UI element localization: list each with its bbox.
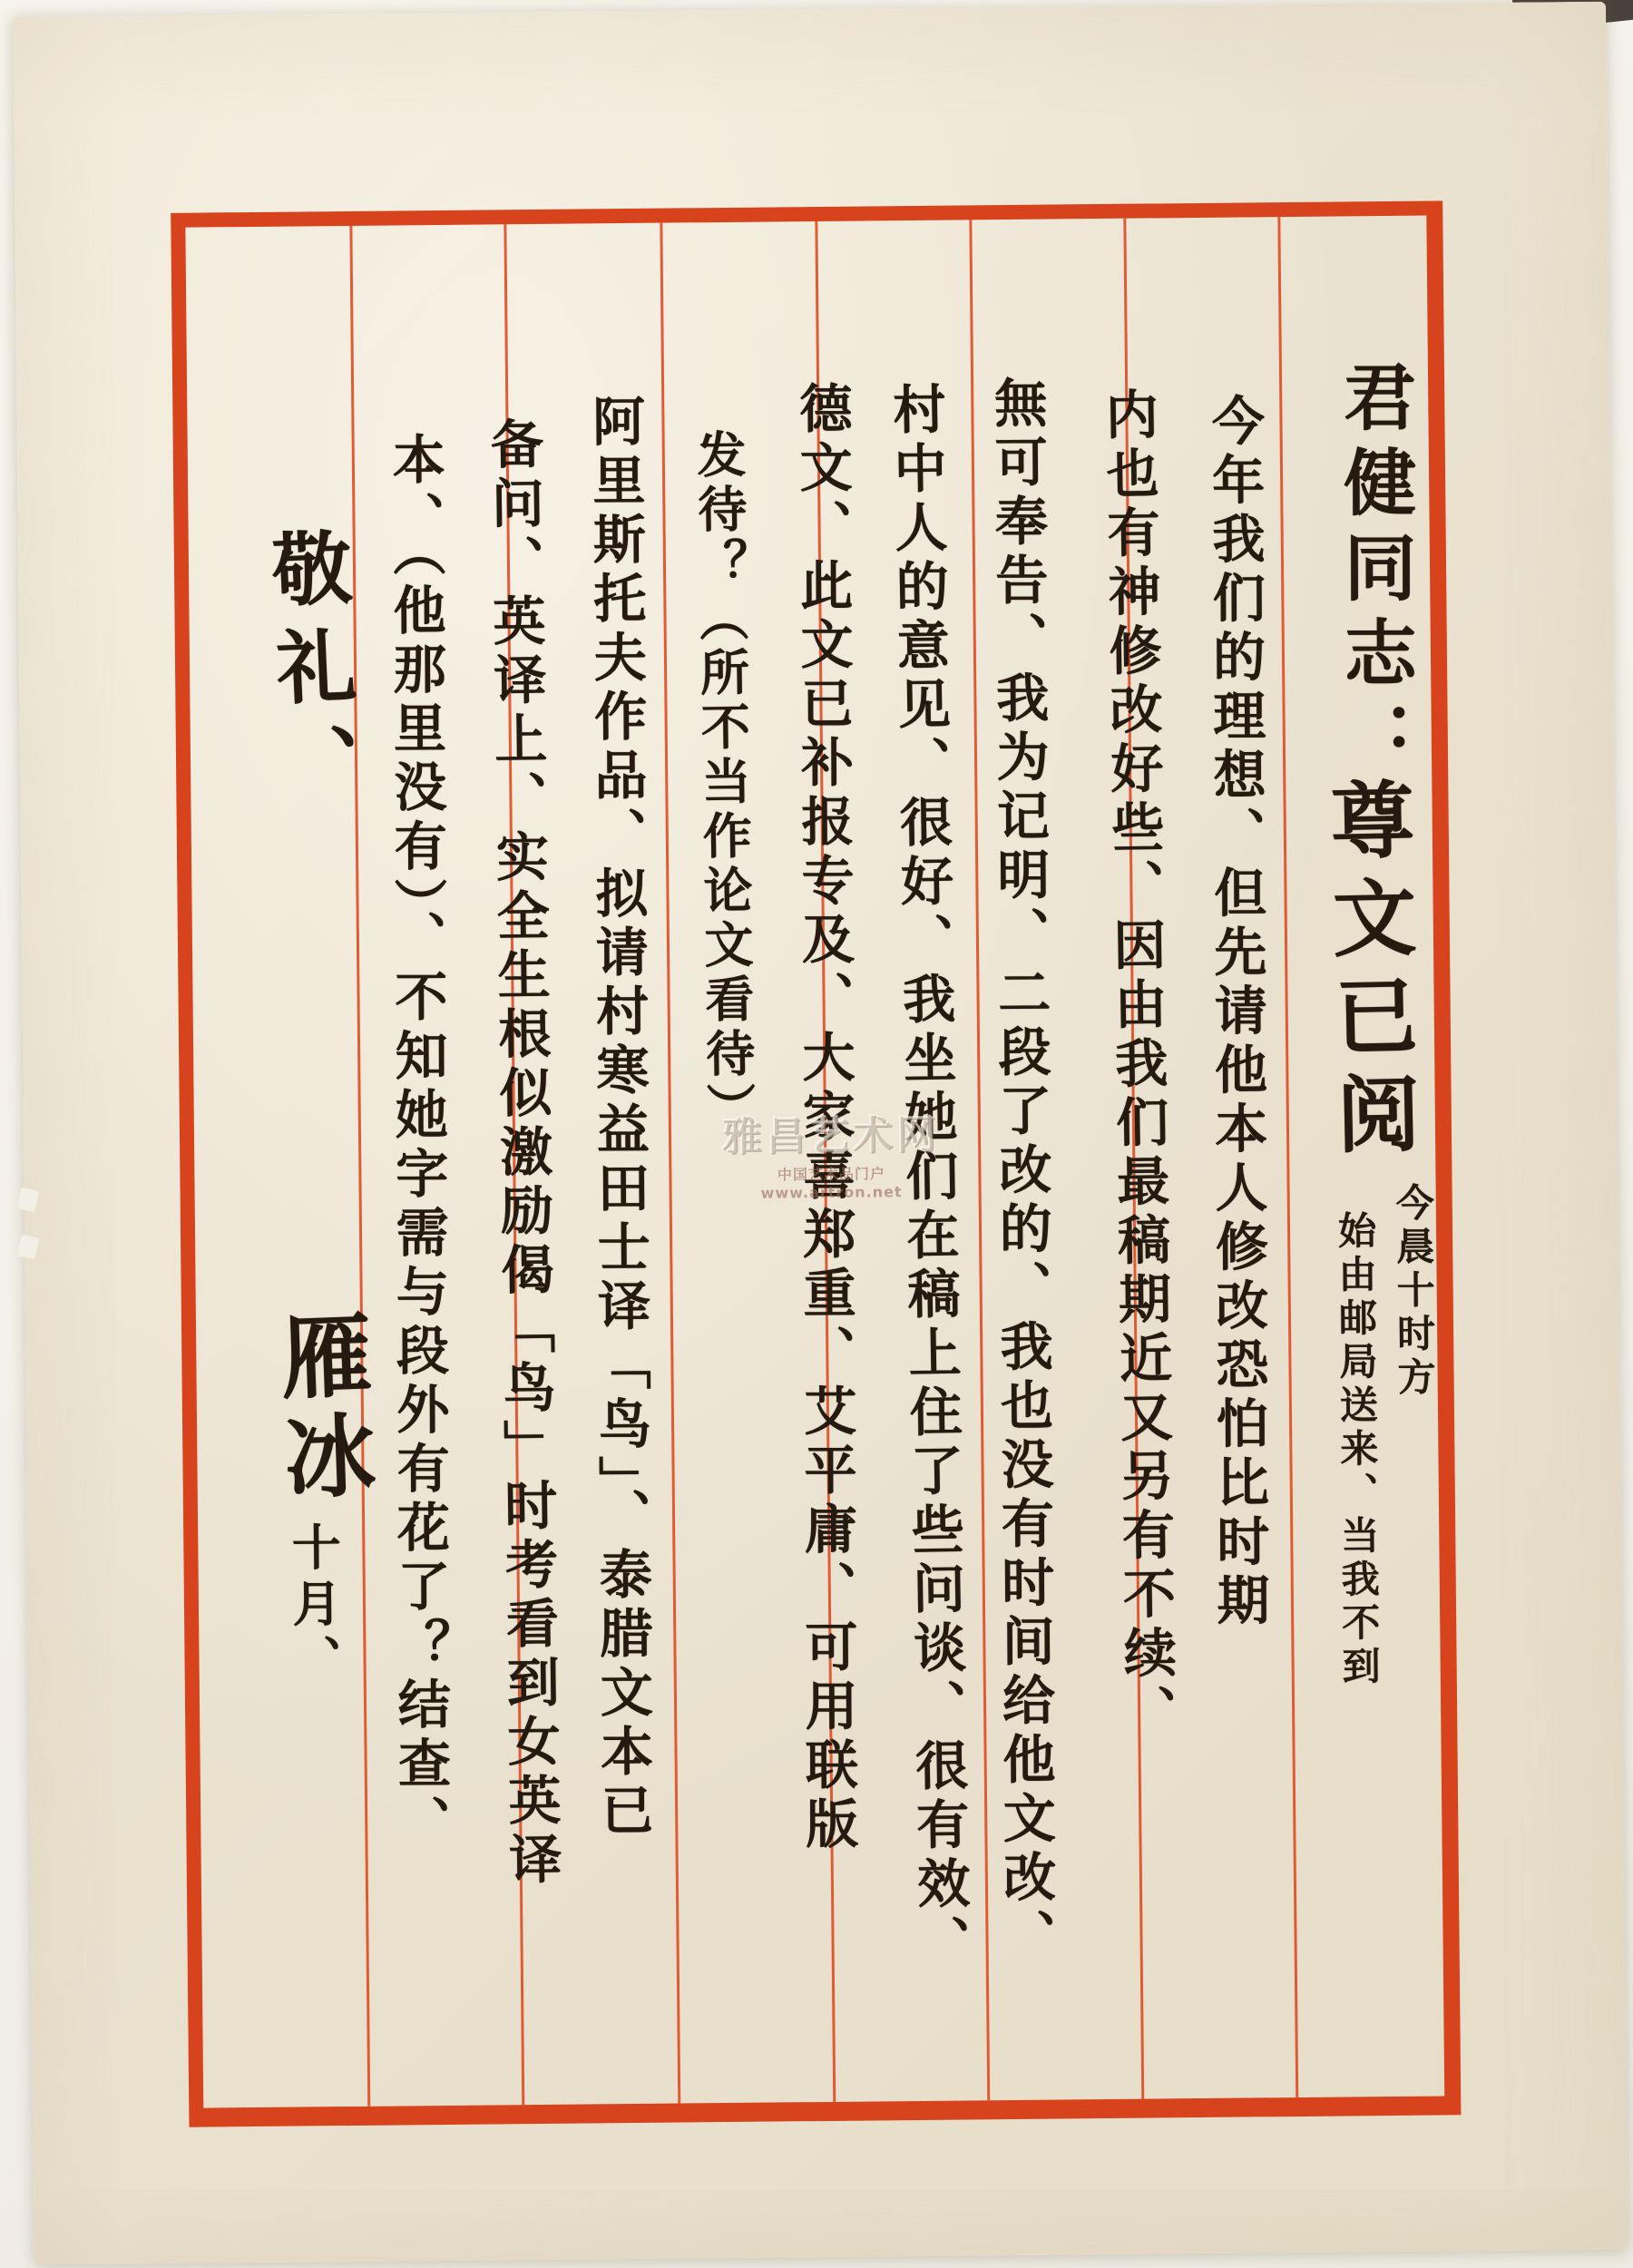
column-rule xyxy=(349,226,370,2107)
letter-closing: 敬礼、 xyxy=(247,525,374,824)
letter-column-7: 阿里斯托夫作品、拟请村寒益田士译「鸟」、泰腊文本已 xyxy=(576,394,661,1842)
column-rule xyxy=(660,223,680,2104)
letter-column-9: 本、（他那里没有）、不知她字需与段外有花了？结查、 xyxy=(376,432,459,1853)
letter-salutation: 君健同志： xyxy=(1321,359,1426,786)
paper-edge-notch xyxy=(17,1234,40,1259)
letter-column-3: 無可奉告、我为记明、二段了改的、我也没有时间给他文改、 xyxy=(978,376,1064,1968)
watermark: 雅昌艺术网 中国艺术品门户 www.artron.net xyxy=(713,1102,950,1202)
letter-signature: 雁冰 xyxy=(251,1307,389,1511)
watermark-subtitle: 中国艺术品门户 www.artron.net xyxy=(713,1162,949,1202)
letter-column-1: 今年我们的理想、但先请他本人修改恐怕比时期 xyxy=(1196,393,1277,1631)
scan-background: 君健同志： 尊文已阅 今晨十时方 始由邮局送来、当我不到 今年我们的理想、但先请… xyxy=(0,0,1633,2268)
paper-edge-notch xyxy=(16,1187,39,1212)
letter-column-6: 发待？（所不当作论文看待） xyxy=(683,428,764,1137)
column-rule xyxy=(1277,217,1298,2097)
letter-date: 十月、 xyxy=(278,1521,349,1691)
letter-opening-note-line1: 今晨十时方 xyxy=(1385,1182,1442,1401)
letter-paper-sheet: 君健同志： 尊文已阅 今晨十时方 始由邮局送来、当我不到 今年我们的理想、但先请… xyxy=(13,2,1628,2265)
letter-opening-note-line2: 始由邮局送来、当我不到 xyxy=(1327,1210,1386,1690)
watermark-title: 雅昌艺术网 xyxy=(713,1102,950,1162)
letter-opening-remark: 尊文已阅 xyxy=(1305,776,1433,1170)
